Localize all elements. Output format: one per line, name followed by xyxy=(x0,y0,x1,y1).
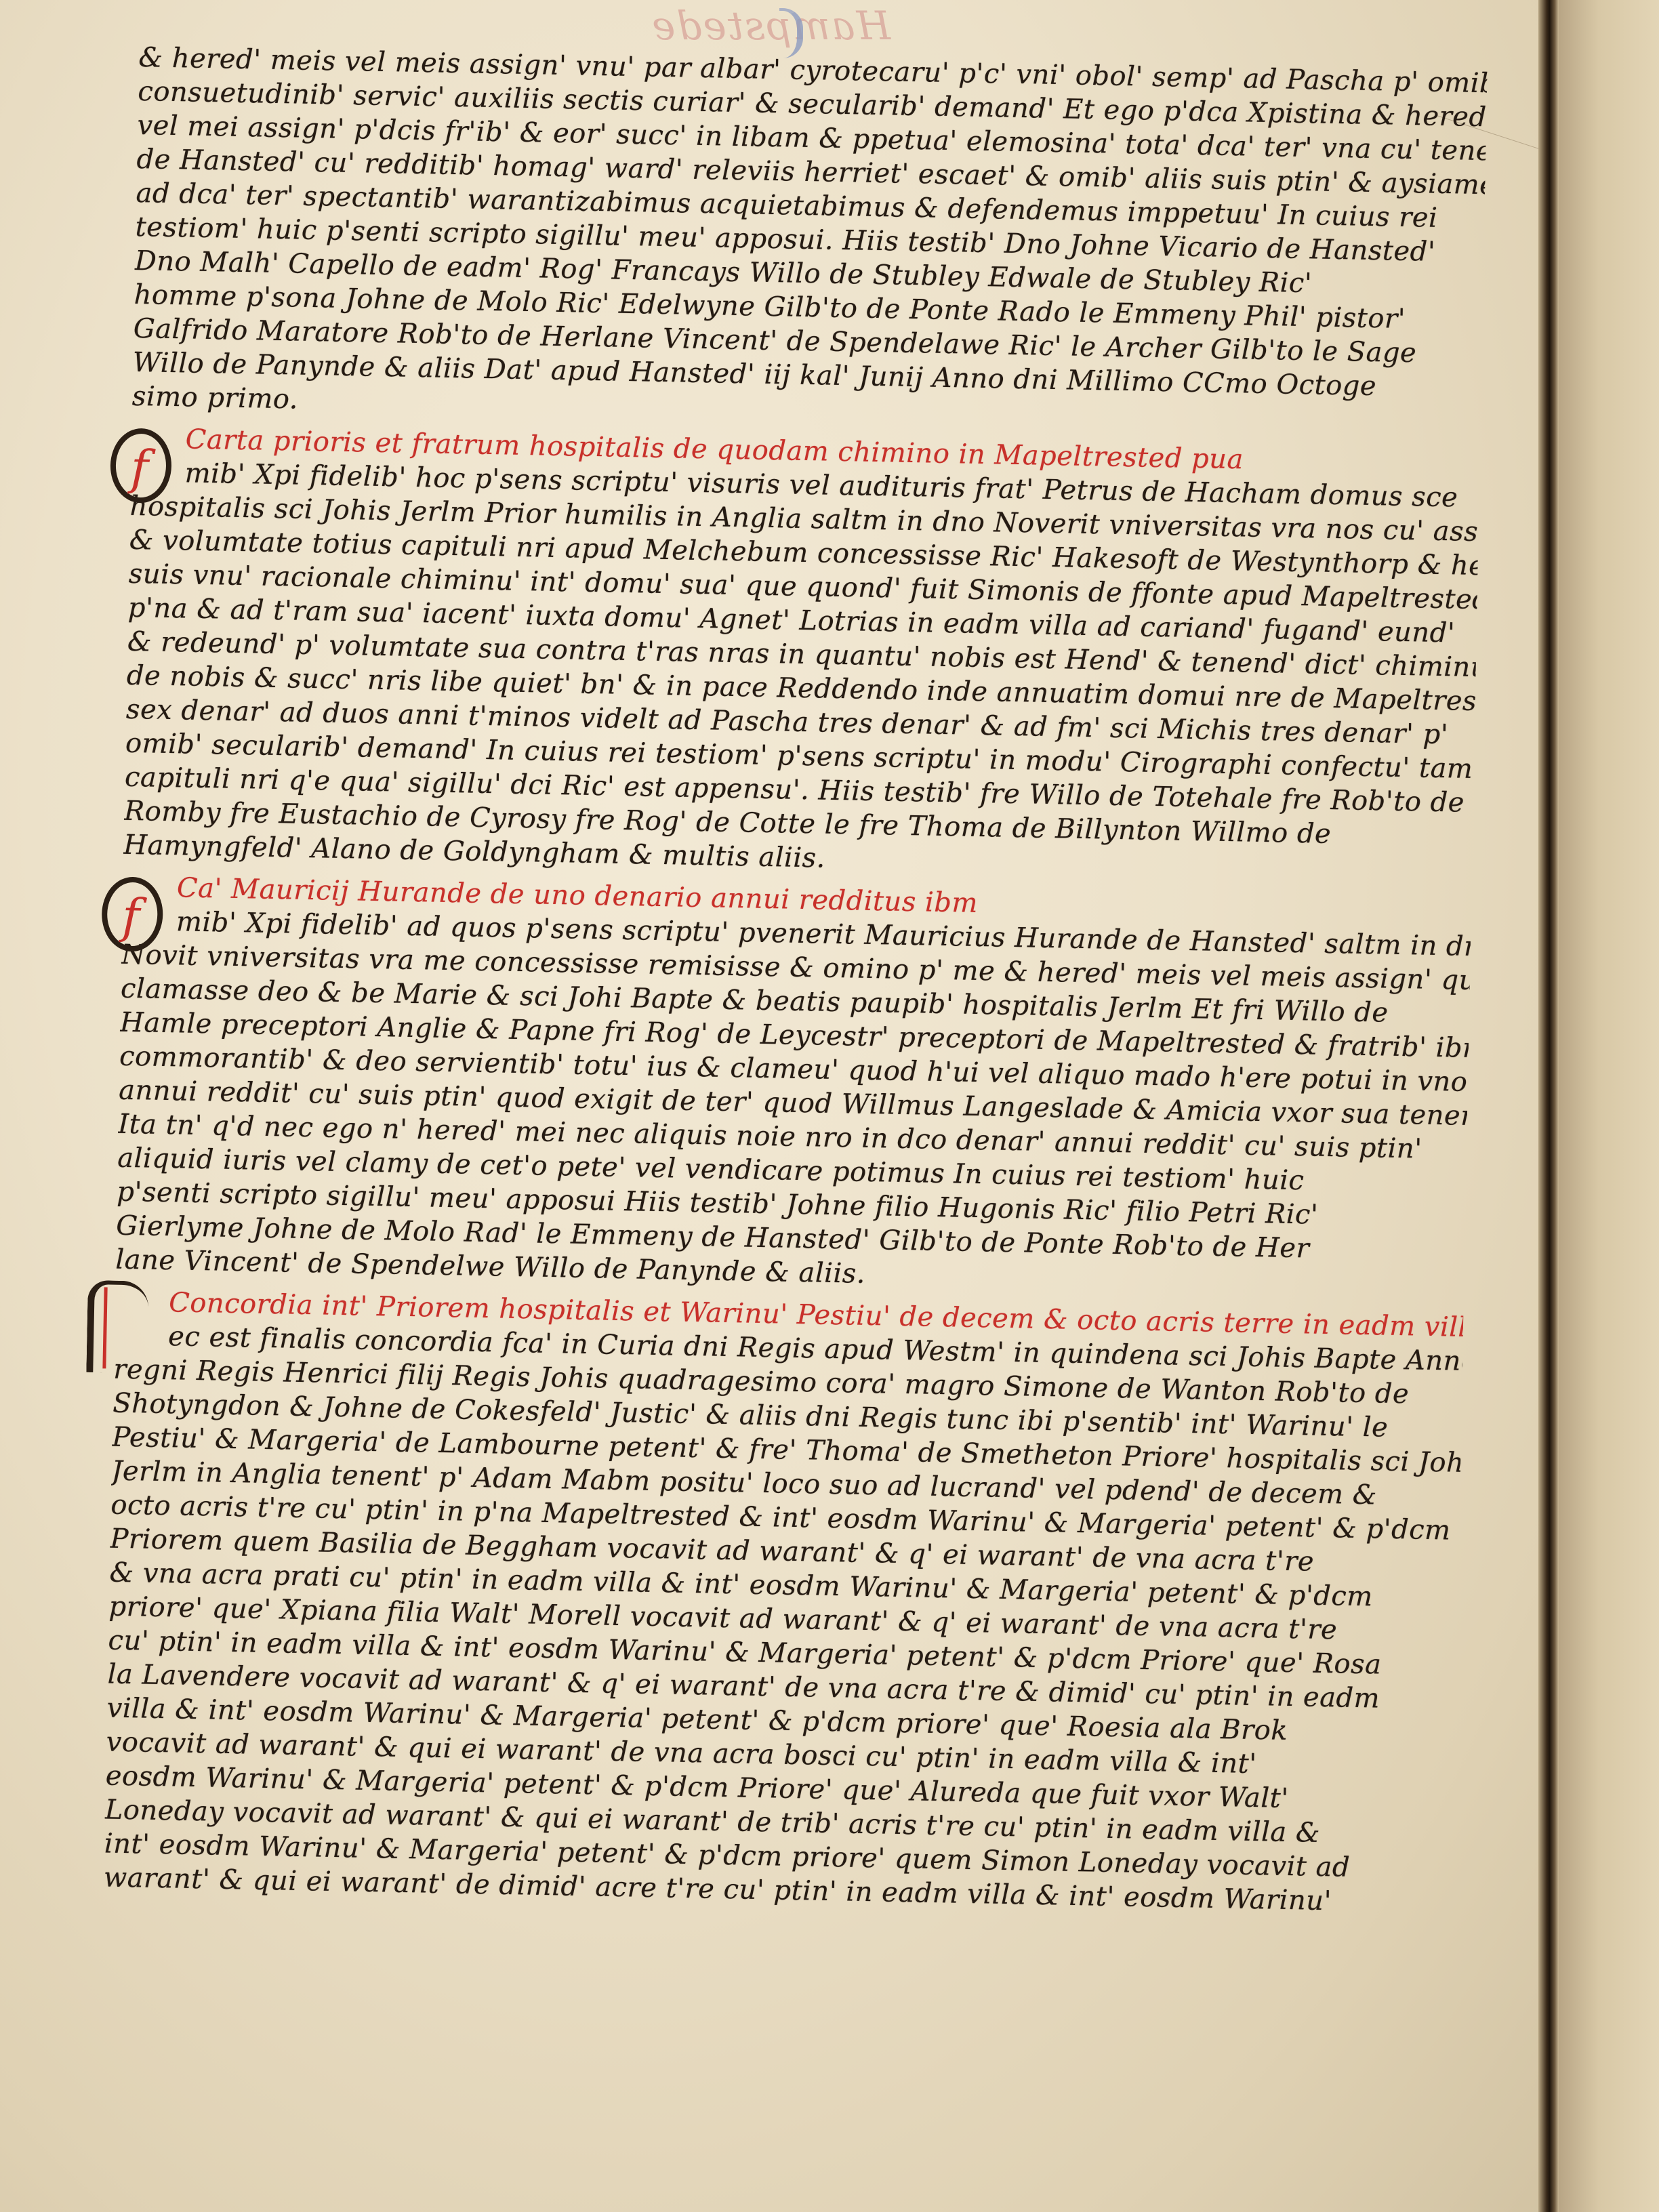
decorated-initial-h-icon xyxy=(86,1280,149,1374)
section-charter-mauricii: f Ca' Mauricij Hurande de uno denario an… xyxy=(115,870,1471,1303)
section-continuation: & hered' meis vel meis assign' vnu' par … xyxy=(131,41,1487,439)
binding-gutter xyxy=(1538,0,1559,2212)
initial-red-stroke xyxy=(102,1287,107,1368)
facing-page-edge xyxy=(1559,0,1659,2212)
section-concordia: Concordia int' Priorem hospitalis et War… xyxy=(103,1285,1463,1921)
initial-inner-letter: f xyxy=(121,889,140,943)
section-charter-chimino: f Carta prioris et fratrum hospitalis de… xyxy=(123,422,1480,888)
text-block: & hered' meis vel meis assign' vnu' par … xyxy=(103,41,1487,1929)
initial-inner-letter: f xyxy=(130,441,148,495)
running-title-bleedthrough: Hampstede xyxy=(651,3,890,49)
